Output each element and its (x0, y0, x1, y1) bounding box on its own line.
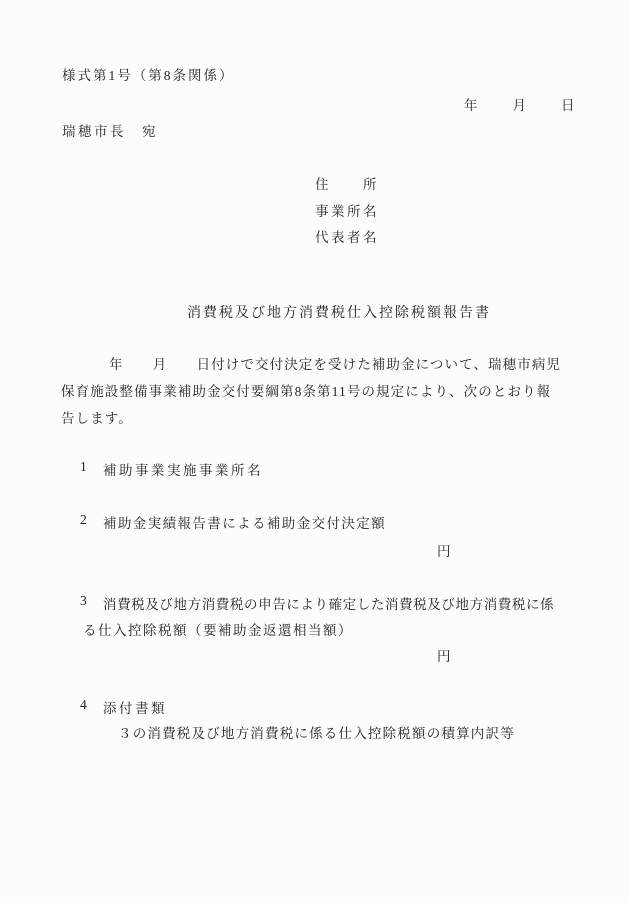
item-1-number: 1 (80, 459, 90, 479)
addressee-mayor: 瑞穂市長 宛 (62, 120, 158, 140)
date-line: 年 月 日 (464, 94, 575, 114)
item-3-number: 3 (80, 593, 90, 613)
item-3-label-line-1: 消費税及び地方消費税の申告により確定した消費税及び地方消費税に係 (103, 593, 554, 613)
item-1-label: 補助事業実施事業所名 (103, 459, 263, 479)
list-item-3: 3 消費税及び地方消費税の申告により確定した消費税及び地方消費税に係 (80, 593, 554, 613)
item-4-label: 添付書類 (103, 697, 167, 717)
form-number: 様式第1号（第8条関係） (62, 64, 235, 84)
list-item-4: 4 添付書類 (80, 697, 167, 717)
document-title: 消費税及び地方消費税仕入控除税額報告書 (0, 302, 630, 322)
office-name-label: 事業所名 (315, 199, 379, 226)
body-paragraph: 年 月 日付けで交付決定を受けた補助金について、瑞穂市病児 保育施設整備事業補助… (61, 351, 576, 432)
body-line-2: 保育施設整備事業補助金交付要綱第8条第11号の規定により、次のとおり報 (61, 378, 576, 405)
list-item-1: 1 補助事業実施事業所名 (80, 459, 263, 479)
list-item-2: 2 補助金実績報告書による補助金交付決定額 (80, 512, 386, 532)
document-page: 様式第1号（第8条関係） 年 月 日 瑞穂市長 宛 住 所 事業所名 代表者名 … (0, 0, 630, 903)
item-4-attachment-detail: ３の消費税及び地方消費税に係る仕入控除税額の積算内訳等 (118, 722, 515, 742)
item-3-label-line-2: る仕入控除税額（要補助金返還相当額） (83, 619, 353, 639)
item-2-number: 2 (80, 512, 90, 532)
submitter-block: 住 所 事業所名 代表者名 (315, 172, 379, 252)
amount-unit-yen-2: 円 (437, 645, 451, 665)
year-label: 年 (464, 94, 478, 114)
amount-unit-yen-1: 円 (437, 540, 451, 560)
day-label: 日 (561, 94, 575, 114)
item-4-number: 4 (80, 697, 90, 717)
address-label: 住 所 (315, 172, 379, 199)
month-label: 月 (513, 94, 527, 114)
body-line-1: 年 月 日付けで交付決定を受けた補助金について、瑞穂市病児 (61, 351, 576, 378)
item-2-label: 補助金実績報告書による補助金交付決定額 (103, 512, 386, 532)
body-line-3: 告します。 (61, 405, 576, 432)
representative-name-label: 代表者名 (315, 225, 379, 252)
